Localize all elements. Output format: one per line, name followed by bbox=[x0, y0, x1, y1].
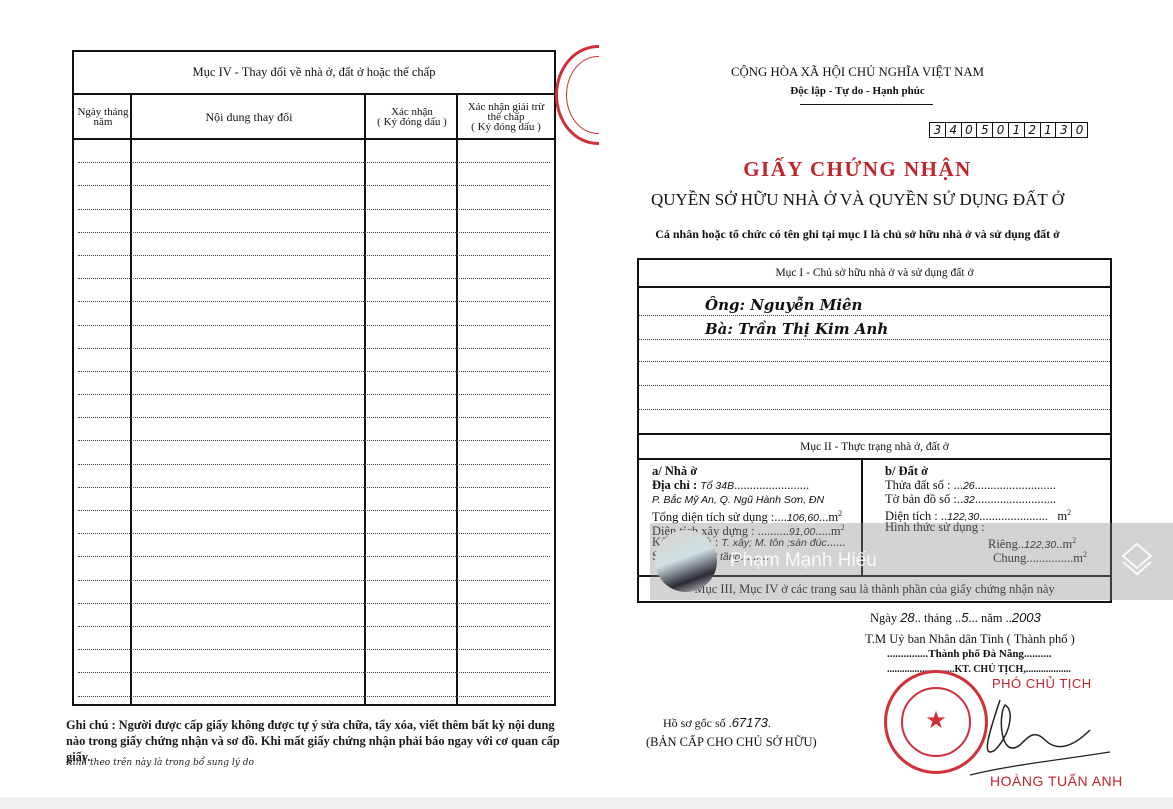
certificate-title: GIẤY CHỨNG NHẬN bbox=[620, 157, 1095, 182]
table-row bbox=[78, 557, 550, 580]
table-row bbox=[78, 186, 550, 209]
table-row bbox=[78, 163, 550, 186]
serial-digit: 4 bbox=[945, 122, 962, 138]
serial-digit: 1 bbox=[1008, 122, 1025, 138]
table-row bbox=[78, 302, 550, 325]
section-ii-title: Mục II - Thực trạng nhà ở, đất ở bbox=[639, 433, 1110, 460]
intro-text: Cá nhân hoặc tổ chức có tên ghi tại mục … bbox=[620, 227, 1095, 242]
table-row bbox=[78, 372, 550, 395]
owner-name: Ông: Nguyễn Miên bbox=[705, 296, 862, 314]
table-row bbox=[78, 233, 550, 256]
serial-number: 3405012130 bbox=[930, 122, 1088, 138]
changes-table: Mục IV - Thay đổi về nhà ở, đất ở hoặc t… bbox=[72, 50, 556, 706]
vice-chair-title: PHÓ CHỦ TỊCH bbox=[992, 676, 1092, 691]
table-header: Ngày thángnăm Nội dung thay đổi Xác nhận… bbox=[74, 95, 554, 140]
table-row bbox=[78, 604, 550, 627]
header-confirm: Xác nhận( Ký đóng dấu ) bbox=[366, 95, 458, 138]
bottom-strip bbox=[0, 797, 1173, 809]
table-row bbox=[78, 395, 550, 418]
serial-digit: 0 bbox=[992, 122, 1009, 138]
committee-label: T.M Uỷ ban Nhân dân Tỉnh ( Thành phố ) bbox=[835, 632, 1105, 647]
watermark-band bbox=[650, 523, 1173, 600]
handwritten-note: Kinh theo trên này là trong bổ sung lý d… bbox=[66, 758, 254, 768]
table-row bbox=[78, 627, 550, 650]
map-field: Tờ bản đồ số :..32......................… bbox=[885, 492, 1056, 507]
motto: Độc lập - Tự do - Hạnh phúc bbox=[620, 85, 1095, 97]
header-date: Ngày thángnăm bbox=[74, 95, 132, 138]
city-label: ...............Thành phố Đà Nẵng........… bbox=[887, 648, 1051, 660]
header-release: Xác nhận giải trừthế chấp( Ký đóng dấu ) bbox=[458, 95, 554, 138]
table-row bbox=[78, 441, 550, 464]
table-rows bbox=[78, 140, 550, 704]
avatar bbox=[655, 530, 717, 592]
serial-digit: 5 bbox=[976, 122, 993, 138]
table-row bbox=[78, 511, 550, 534]
serial-digit: 0 bbox=[1071, 122, 1088, 138]
layers-logo-icon bbox=[1117, 540, 1157, 580]
table-row bbox=[78, 673, 550, 696]
table-row bbox=[78, 326, 550, 349]
certificate-scan: Mục IV - Thay đổi về nhà ở, đất ở hoặc t… bbox=[0, 0, 1173, 797]
issue-date: Ngày 28.. tháng ..5... năm ..2003 bbox=[870, 610, 1041, 626]
table-row bbox=[78, 581, 550, 604]
table-row bbox=[78, 534, 550, 557]
table-row bbox=[78, 140, 550, 163]
table-row bbox=[78, 650, 550, 673]
owner-lines: Ông: Nguyễn Miên Bà: Trần Thị Kim Anh bbox=[639, 288, 1110, 438]
land-heading: b/ Đất ở bbox=[885, 464, 928, 478]
serial-digit: 3 bbox=[1055, 122, 1072, 138]
address-field: Địa chỉ : Tổ 34B........................ bbox=[652, 478, 809, 493]
section-iv-title: Mục IV - Thay đổi về nhà ở, đất ở hoặc t… bbox=[74, 52, 554, 95]
signature-icon bbox=[960, 690, 1110, 780]
watermark-name: Phạm Mạnh Hiếu bbox=[730, 550, 877, 572]
serial-digit: 2 bbox=[1024, 122, 1041, 138]
divider bbox=[800, 104, 933, 105]
serial-digit: 3 bbox=[929, 122, 946, 138]
plot-field: Thửa đất số : ...26.....................… bbox=[885, 478, 1056, 493]
certificate-subtitle: QUYỀN SỞ HỮU NHÀ Ở VÀ QUYỀN SỬ DỤNG ĐẤT … bbox=[620, 190, 1095, 210]
table-row bbox=[78, 279, 550, 302]
serial-digit: 1 bbox=[1040, 122, 1057, 138]
header-content: Nội dung thay đổi bbox=[132, 95, 366, 138]
table-row bbox=[78, 210, 550, 233]
owner-name: Bà: Trần Thị Kim Anh bbox=[705, 320, 888, 338]
signer-name: HOÀNG TUẤN ANH bbox=[990, 773, 1123, 789]
table-row bbox=[78, 418, 550, 441]
serial-digit: 0 bbox=[961, 122, 978, 138]
table-row bbox=[78, 349, 550, 372]
table-row bbox=[78, 256, 550, 279]
table-row bbox=[78, 465, 550, 488]
nation-header: CỘNG HÒA XÃ HỘI CHỦ NGHĨA VIỆT NAM bbox=[620, 65, 1095, 80]
copy-note: (BẢN CẤP CHO CHỦ SỞ HỮU) bbox=[646, 735, 817, 750]
table-row bbox=[78, 488, 550, 511]
house-heading: a/ Nhà ở bbox=[652, 464, 697, 478]
address-line2: P. Bắc Mỹ An, Q. Ngũ Hành Sơn, ĐN bbox=[652, 493, 824, 507]
section-i-title: Mục I - Chủ sở hữu nhà ở và sử dụng đất … bbox=[639, 260, 1110, 288]
file-number: Hồ sơ gốc số .67173. bbox=[663, 715, 771, 731]
